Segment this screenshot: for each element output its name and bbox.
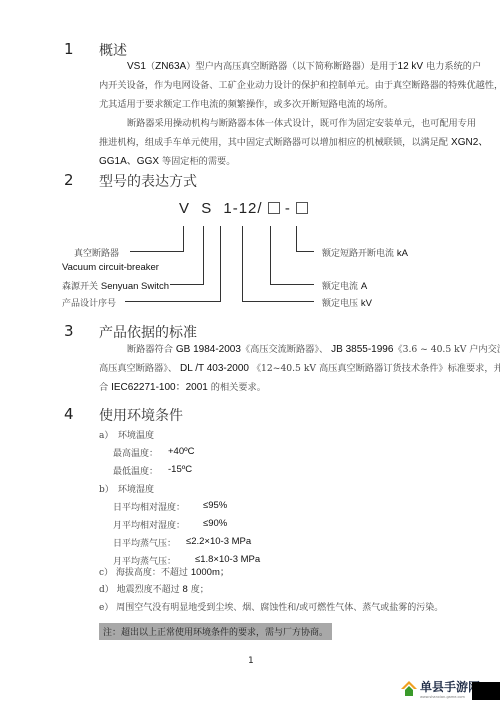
watermark-dark-block	[472, 682, 500, 700]
leader-line-current-h	[270, 284, 314, 285]
text-seg: 8	[183, 584, 188, 595]
standards-line3: 合 IEC62271-100：2001 的相关要求。	[99, 378, 266, 397]
std-gb1984: GB 1984-2003	[176, 344, 241, 355]
leader-line-v-h	[130, 251, 184, 252]
text-seg: ≤95%	[203, 500, 227, 511]
model-xgn2: XGN2、	[451, 137, 488, 148]
leader-line-1-h	[125, 301, 221, 302]
std-iec62271: IEC62271-100：2001	[111, 382, 208, 393]
text-seg: 等固定柜的需要。	[162, 156, 236, 167]
model-char-1: 1	[223, 200, 232, 217]
text-seg: ）型户内高压真空断路器（以下简称断路器）是用于	[186, 61, 397, 72]
model-char-s: S	[201, 200, 212, 217]
model-zn63a: ZN63A	[155, 61, 186, 72]
watermark-sub: www.shanxian-game.com	[420, 695, 480, 699]
model-vs1: VS1	[127, 61, 146, 72]
model-char-v: V	[179, 200, 190, 217]
text-seg: 额定电压	[322, 299, 358, 309]
leader-line-current	[270, 226, 271, 284]
env-a-marker: a）	[99, 428, 113, 441]
section-1-number: 1	[64, 40, 74, 58]
text-seg: 1000m；	[191, 567, 230, 578]
text-seg: （	[146, 61, 155, 72]
env-a-row1-label: 最高温度：	[113, 446, 158, 459]
env-a-row2-label: 最低温度：	[113, 464, 158, 477]
model-char-12: 12	[239, 200, 258, 217]
section-4-number: 4	[64, 405, 74, 423]
text-seg: A	[361, 281, 367, 292]
label-short-circuit: 额定短路开断电流 kA	[322, 246, 408, 259]
leader-line-breaking	[296, 226, 297, 252]
section-2-number: 2	[64, 171, 74, 189]
model-gg1a-ggx: GG1A、GGX	[99, 156, 159, 167]
model-char-slash: /	[257, 200, 262, 217]
section-2-title: 型号的表达方式	[99, 171, 197, 191]
watermark-title: 单县手游网	[420, 678, 480, 695]
watermark-logo: 单县手游网 www.shanxian-game.com	[400, 676, 480, 700]
model-code: V S 1-12/ -	[179, 200, 308, 217]
page-number: 1	[248, 656, 254, 666]
text-seg: 电力系统的户	[426, 61, 481, 72]
text-seg: 《3.6 ~ 40.5 kV	[393, 344, 466, 355]
text-seg: +40ºC	[168, 446, 194, 457]
text-seg: 合	[99, 382, 108, 393]
text-seg: 断路器符合	[127, 344, 173, 355]
env-c: c） 海拔高度：不超过 1000m；	[99, 564, 229, 578]
leader-line-1	[220, 226, 221, 302]
section-4-title: 使用环境条件	[99, 405, 183, 425]
text-seg: e）	[99, 603, 113, 613]
text-seg: kV	[361, 298, 372, 309]
env-b-title: 环境湿度	[118, 482, 154, 495]
text-seg: ≤90%	[203, 518, 227, 529]
env-a-row2-value: -15ºC	[168, 464, 192, 475]
text-seg: 高压真空断路器订货技术条件》标准要求，并符	[319, 363, 500, 374]
model-char-dash2: -	[285, 200, 291, 217]
text-seg: 高压真空断路器》、	[99, 363, 177, 374]
house-arrow-icon	[400, 679, 418, 697]
text-seg: 额定电流	[322, 282, 358, 292]
text-seg: 森源开关	[62, 282, 98, 292]
text-seg: d）	[99, 585, 114, 595]
env-b-row1-value: ≤95%	[203, 500, 227, 511]
overview-para2-line2: 推进机构，组成手车单元使用，其中固定式断路器可以增加相应的机械联锁，以满足配 X…	[99, 133, 488, 152]
text-seg: Vacuum circuit-breaker	[62, 262, 159, 273]
label-vacuum-breaker-cn: 真空断路器	[74, 246, 119, 259]
env-b-row3-value: ≤2.2×10-3 MPa	[186, 536, 251, 547]
env-a-title: 环境温度	[118, 428, 154, 441]
leader-line-s	[203, 226, 204, 284]
text-seg: 《12~40.5 kV	[252, 363, 316, 374]
env-b-row1-label: 日平均相对湿度：	[113, 500, 185, 513]
section-3-title: 产品依据的标准	[99, 322, 197, 342]
env-b-marker: b）	[99, 482, 114, 495]
env-a-row1-value: +40ºC	[168, 446, 194, 457]
text-seg: 的相关要求。	[211, 382, 266, 393]
env-d: d） 地震烈度不超过 8 度；	[99, 582, 209, 595]
text-seg: ≤2.2×10-3 MPa	[186, 536, 251, 547]
text-seg: 推进机构，组成手车单元使用，其中固定式断路器可以增加相应的机械联锁，以满足配	[99, 137, 448, 148]
std-jb3855: JB 3855-1996	[331, 344, 393, 355]
section-3-number: 3	[64, 322, 74, 340]
std-dlt403: DL /T 403-2000	[180, 363, 249, 374]
leader-line-breaking-h	[296, 251, 314, 252]
env-b-row2-value: ≤90%	[203, 518, 227, 529]
text-seg: 海拔高度：不超过	[116, 568, 188, 578]
env-e: e） 周围空气没有明显地受到尘埃、烟、腐蚀性和/或可燃性气体、蒸气或盐雾的污染。	[99, 600, 443, 613]
text-seg: c）	[99, 568, 113, 578]
overview-para1-line2: 内开关设备，作为电网设备、工矿企业动力设计的保护和控制单元。由于真空断路器的特殊…	[99, 76, 500, 95]
overview-para2-line1: 断路器采用操动机构与断路器本体一体式设计，既可作为固定安装单元，也可配用专用	[127, 114, 476, 133]
standards-line2: 高压真空断路器》、 DL /T 403-2000 《12~40.5 kV 高压真…	[99, 359, 500, 378]
overview-para2-line3: GG1A、GGX 等固定柜的需要。	[99, 152, 235, 171]
env-note: 注：超出以上正常使用环境条件的要求，需与厂方协商。	[99, 623, 332, 640]
env-b-row2-label: 月平均相对湿度：	[113, 518, 185, 531]
leader-line-v	[183, 226, 184, 251]
text-seg: 度；	[191, 585, 209, 595]
placeholder-box-breaking	[296, 202, 308, 214]
standards-line1: 断路器符合 GB 1984-2003《高压交流断路器》、 JB 3855-199…	[127, 340, 500, 359]
text-seg: 周围空气没有明显地受到尘埃、烟、腐蚀性和/或可燃性气体、蒸气或盐雾的污染。	[116, 603, 443, 613]
label-senyuan: 森源开关 Senyuan Switch	[62, 279, 169, 292]
text-seg: 《高压交流断路器》、	[241, 344, 328, 355]
text-seg: -15ºC	[168, 464, 192, 475]
text-seg: 额定短路开断电流	[322, 249, 394, 259]
text-seg: 地震烈度不超过	[117, 585, 180, 595]
label-vacuum-breaker-en: Vacuum circuit-breaker	[62, 262, 159, 273]
text-seg: 户内交流	[469, 344, 500, 355]
leader-line-12-h	[242, 301, 314, 302]
voltage-12kv: 12 kV	[398, 61, 424, 72]
overview-para1-line1: VS1（ZN63A）型户内高压真空断路器（以下简称断路器）是用于12 kV 电力…	[99, 57, 481, 76]
text-seg: Senyuan Switch	[101, 281, 169, 292]
leader-line-s-h	[170, 284, 204, 285]
leader-line-12	[242, 226, 243, 302]
label-rated-voltage: 额定电压 kV	[322, 296, 372, 309]
label-design-seq: 产品设计序号	[62, 296, 116, 309]
env-b-row3-label: 日平均蒸气压：	[113, 536, 176, 549]
text-seg: kA	[397, 248, 408, 259]
overview-para1-line3: 尤其适用于要求额定工作电流的频繁操作，或多次开断短路电流的场所。	[99, 95, 393, 114]
placeholder-box-current	[268, 202, 280, 214]
label-rated-current: 额定电流 A	[322, 279, 367, 292]
